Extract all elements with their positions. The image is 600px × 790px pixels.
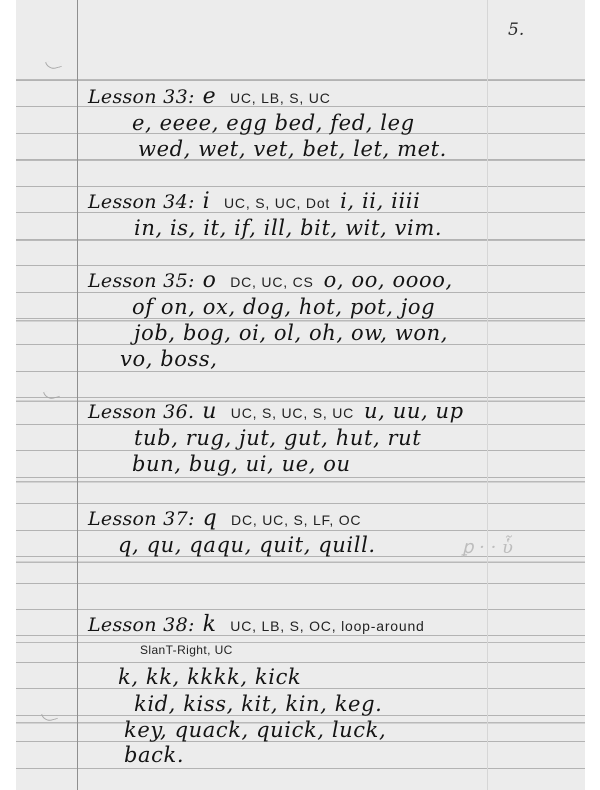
rule-line — [16, 583, 585, 584]
rule-line — [16, 503, 585, 504]
practice-line: kid, kiss, kit, kin, keg. — [134, 692, 382, 716]
rule-line — [16, 609, 585, 610]
rule-line — [16, 662, 585, 663]
lesson-title: Lesson 38: — [88, 614, 195, 636]
lesson-title: Lesson 37: — [88, 508, 195, 530]
lesson-title: Lesson 35: — [88, 270, 195, 292]
letter-practice: i, ii, iiii — [340, 189, 420, 213]
practice-line: back. — [124, 743, 184, 767]
practice-line: e, eeee, egg bed, fed, leg — [132, 111, 415, 135]
stroke-sequence: UC, S, UC, Dot — [224, 195, 330, 211]
stroke-note: SlanT-Right, UC — [140, 643, 233, 657]
lesson-letter: i — [203, 189, 210, 214]
practice-line: of on, ox, dog, hot, pot, jog — [132, 295, 435, 319]
lesson-33-heading: Lesson 33:eUC, LB, S, UC — [88, 84, 341, 109]
margin-line — [77, 0, 78, 790]
letter-practice: u, uu, up — [364, 399, 464, 423]
faint-vertical-line — [487, 0, 488, 790]
rule-line — [16, 397, 585, 398]
letter-practice: o, oo, oooo, — [324, 268, 453, 292]
lesson-36-heading: Lesson 36.uUC, S, UC, S, UCu, uu, up — [88, 399, 464, 424]
stroke-sequence: DC, UC, S, LF, OC — [231, 512, 361, 528]
lesson-letter: e — [203, 84, 216, 109]
lesson-34-heading: Lesson 34:iUC, S, UC, Doti, ii, iiii — [88, 189, 420, 214]
practice-line: wed, wet, vet, bet, let, met. — [138, 137, 447, 161]
lesson-37-heading: Lesson 37:qDC, UC, S, LF, OC — [88, 506, 371, 531]
practice-line: job, bog, oi, ol, oh, ow, won, — [134, 321, 448, 345]
practice-line: k, kk, kkkk, kick — [118, 665, 301, 689]
rule-line — [16, 80, 585, 81]
lesson-38-heading: Lesson 38:kUC, LB, S, OC, loop-around — [88, 612, 435, 637]
lesson-title: Lesson 33: — [88, 86, 195, 108]
lesson-title: Lesson 36. — [88, 401, 194, 423]
stroke-sequence: DC, UC, CS — [230, 274, 313, 290]
rule-line — [16, 768, 585, 769]
stroke-sequence: UC, LB, S, OC, loop-around — [230, 618, 424, 634]
rule-line — [16, 424, 585, 425]
stroke-sequence: UC, S, UC, S, UC — [231, 405, 354, 421]
rule-line — [16, 371, 585, 372]
practice-line: vo, boss, — [120, 347, 218, 371]
lesson-letter: k — [203, 612, 217, 637]
rule-line — [16, 186, 585, 187]
lesson-letter: u — [202, 399, 216, 424]
page-number: 5. — [508, 20, 524, 40]
rule-line — [16, 477, 585, 478]
stroke-sequence: UC, LB, S, UC — [230, 90, 331, 106]
erased-marks: ꝑ · · ὗ — [462, 537, 513, 558]
rule-line — [16, 450, 585, 451]
practice-line: bun, bug, ui, ue, ou — [132, 452, 351, 476]
rule-line — [16, 265, 585, 266]
lesson-letter: q — [203, 506, 217, 531]
practice-line: q, qu, qaqu, quit, quill. — [118, 533, 376, 557]
practice-line: tub, rug, jut, gut, hut, rut — [134, 426, 421, 450]
lesson-35-heading: Lesson 35:oDC, UC, CSo, oo, oooo, — [88, 268, 453, 293]
lesson-title: Lesson 34: — [88, 191, 195, 213]
practice-line: key, quack, quick, luck, — [124, 718, 386, 742]
lesson-letter: o — [203, 268, 217, 293]
practice-line: in, is, it, if, ill, bit, wit, vim. — [134, 216, 442, 240]
